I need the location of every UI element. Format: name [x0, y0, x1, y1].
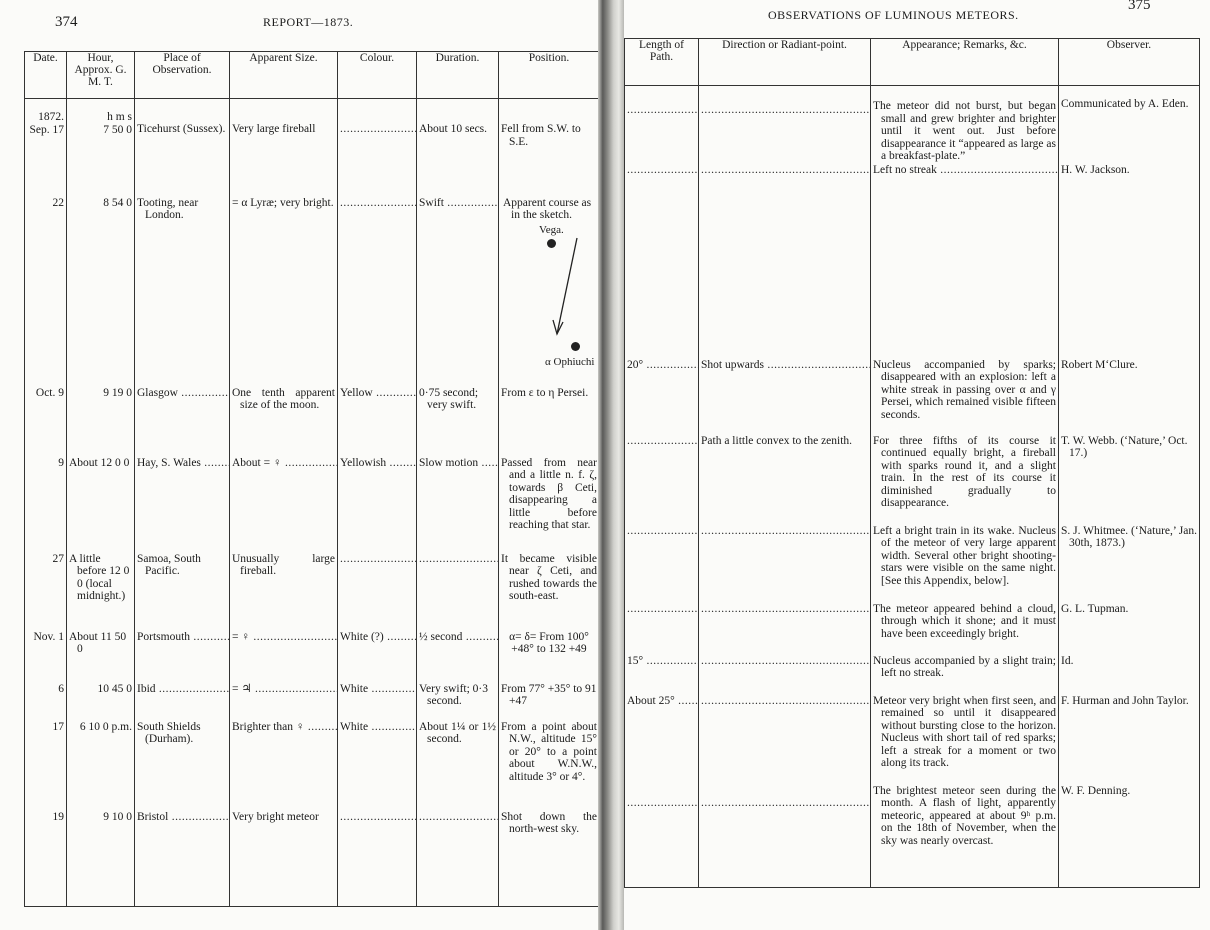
cell-date: 19 — [25, 811, 67, 907]
cell-place: Portsmouth — [135, 631, 230, 683]
cell-direction: Path a little convex to the zenith. — [699, 435, 871, 525]
meteor-table-left: Date. Hour, Approx. G. M. T. Place of Ob… — [24, 51, 600, 907]
cell-position: Passed from near and a little n. f. ζ, t… — [499, 457, 600, 553]
cell-size: = ♀ — [230, 631, 338, 683]
col-header-place: Place of Observation. — [135, 52, 230, 99]
cell-length — [625, 603, 699, 655]
page-number-right: 375 — [1128, 0, 1151, 14]
cell-length: 15° — [625, 655, 699, 695]
sketch-label-ophiuchi: α Ophiuchi — [545, 356, 594, 369]
cell-colour — [338, 553, 417, 631]
cell-duration: ½ second — [417, 631, 499, 683]
cell-duration: About 10 secs. — [417, 99, 499, 197]
cell-observer: S. J. Whitmee. (‘Nature,’ Jan. 30th, 187… — [1059, 525, 1200, 603]
table-row: Oct. 9 9 19 0 Glasgow One tenth apparent… — [25, 387, 600, 457]
cell-position: From ε to η Persei. — [499, 387, 600, 457]
cell-position: It became visible near ζ Ceti, and rushe… — [499, 553, 600, 631]
cell-colour — [338, 99, 417, 197]
col-header-colour: Colour. — [338, 52, 417, 99]
cell-direction — [699, 164, 871, 359]
cell-length — [625, 785, 699, 888]
cell-duration: About 1¼ or 1½ second. — [417, 721, 499, 811]
cell-hour: About 12 0 0 — [67, 457, 135, 553]
cell-observer: Communicated by A. Eden. — [1059, 86, 1200, 164]
cell-direction — [699, 655, 871, 695]
cell-date: 9 — [25, 457, 67, 553]
table-row: 27 A little before 12 0 0 (local midnigh… — [25, 553, 600, 631]
cell-size: One tenth apparent size of the moon. — [230, 387, 338, 457]
col-header-hour: Hour, Approx. G. M. T. — [67, 52, 135, 99]
cell-direction: Shot upwards — [699, 359, 871, 435]
table-row: The meteor appeared behind a cloud, thro… — [625, 603, 1200, 655]
cell-length: 20° — [625, 359, 699, 435]
table-row: 15° Nucleus accompanied by a slight trai… — [625, 655, 1200, 695]
meteor-path-arrow-icon — [549, 236, 583, 340]
table-row: Path a little convex to the zenith. For … — [625, 435, 1200, 525]
cell-observer: W. F. Denning. — [1059, 785, 1200, 888]
cell-size: = ♃ — [230, 683, 338, 721]
cell-remarks: Left a bright train in its wake. Nucleus… — [871, 525, 1059, 603]
cell-remarks: The meteor appeared behind a cloud, thro… — [871, 603, 1059, 655]
cell-hour: 10 45 0 — [67, 683, 135, 721]
page-number-left: 374 — [55, 14, 78, 31]
cell-observer: T. W. Webb. (‘Nature,’ Oct. 17.) — [1059, 435, 1200, 525]
cell-size: About = ♀ — [230, 457, 338, 553]
cell-hour: 9 19 0 — [67, 387, 135, 457]
cell-remarks: Nucleus accompanied by a slight train; l… — [871, 655, 1059, 695]
cell-position: Shot down the north-west sky. — [499, 811, 600, 907]
running-head-right: OBSERVATIONS OF LUMINOUS METEORS. — [768, 8, 1019, 23]
cell-position: Fell from S.W. to S.E. — [499, 99, 600, 197]
cell-position: Apparent course as in the sketch. Vega. … — [499, 197, 600, 387]
cell-remarks: The brightest meteor seen during the mon… — [871, 785, 1059, 888]
cell-date: 17 — [25, 721, 67, 811]
cell-hour: About 11 50 0 — [67, 631, 135, 683]
cell-place: Glasgow — [135, 387, 230, 457]
cell-colour: Yellowish — [338, 457, 417, 553]
cell-date: 1872. Sep. 17 — [25, 99, 67, 197]
cell-date: Oct. 9 — [25, 387, 67, 457]
table-row: 19 9 10 0 Bristol Very bright meteor Sho… — [25, 811, 600, 907]
cell-duration: 0·75 second; very swift. — [417, 387, 499, 457]
cell-colour — [338, 197, 417, 387]
cell-hour: 8 54 0 — [67, 197, 135, 387]
cell-place: Tooting, near London. — [135, 197, 230, 387]
col-header-size: Apparent Size. — [230, 52, 338, 99]
table-row: 20° Shot upwards Nucleus accompanied by … — [625, 359, 1200, 435]
running-head-left: REPORT—1873. — [263, 15, 353, 30]
table-row: 9 About 12 0 0 Hay, S. Wales About = ♀ Y… — [25, 457, 600, 553]
table-row: The meteor did not burst, but began smal… — [625, 86, 1200, 164]
col-header-duration: Duration. — [417, 52, 499, 99]
cell-length — [625, 525, 699, 603]
cell-size: Very bright meteor — [230, 811, 338, 907]
cell-colour: White — [338, 721, 417, 811]
cell-direction — [699, 695, 871, 785]
cell-length — [625, 435, 699, 525]
cell-length: About 25° — [625, 695, 699, 785]
cell-date: 6 — [25, 683, 67, 721]
cell-remarks: Nucleus accompanied by sparks; disappear… — [871, 359, 1059, 435]
cell-duration: Very swift; 0·3 second. — [417, 683, 499, 721]
cell-length — [625, 164, 699, 359]
cell-duration: Swift — [417, 197, 499, 387]
cell-duration: Slow motion — [417, 457, 499, 553]
table-row: Nov. 1 About 11 50 0 Portsmouth = ♀ Whit… — [25, 631, 600, 683]
book-gutter — [598, 0, 624, 930]
cell-remarks: Left no streak — [871, 164, 1059, 359]
cell-date: 27 — [25, 553, 67, 631]
table-row: 22 8 54 0 Tooting, near London. = α Lyræ… — [25, 197, 600, 387]
cell-colour: Yellow — [338, 387, 417, 457]
cell-colour: White (?) — [338, 631, 417, 683]
cell-date: Nov. 1 — [25, 631, 67, 683]
cell-observer: Id. — [1059, 655, 1200, 695]
cell-colour — [338, 811, 417, 907]
cell-direction — [699, 525, 871, 603]
meteor-path-sketch: Vega. α Ophiuchi — [501, 222, 597, 372]
col-header-date: Date. — [25, 52, 67, 99]
cell-position: α= δ= From 100° +48° to 132 +49 — [499, 631, 600, 683]
cell-position: From a point about N.W., altitude 15° or… — [499, 721, 600, 811]
cell-place: South Shields (Durham). — [135, 721, 230, 811]
cell-colour: White — [338, 683, 417, 721]
cell-duration — [417, 553, 499, 631]
table-row: 1872. Sep. 17 h m s7 50 0 Ticehurst (Sus… — [25, 99, 600, 197]
cell-observer: F. Hurman and John Taylor. — [1059, 695, 1200, 785]
cell-size: Brighter than ♀ — [230, 721, 338, 811]
col-header-direction: Direction or Radiant-point. — [699, 39, 871, 86]
cell-length — [625, 86, 699, 164]
table-row: Left a bright train in its wake. Nucleus… — [625, 525, 1200, 603]
table-row: Left no streak H. W. Jackson. — [625, 164, 1200, 359]
table-row: 6 10 45 0 Ibid = ♃ White Very swift; 0·3… — [25, 683, 600, 721]
cell-place: Ticehurst (Sussex). — [135, 99, 230, 197]
cell-place: Bristol — [135, 811, 230, 907]
col-header-remarks: Appearance; Remarks, &c. — [871, 39, 1059, 86]
cell-observer: G. L. Tupman. — [1059, 603, 1200, 655]
cell-hour: A little before 12 0 0 (local midnight.) — [67, 553, 135, 631]
cell-remarks: Meteor very bright when first seen, and … — [871, 695, 1059, 785]
cell-size: Very large fireball — [230, 99, 338, 197]
table-row: 17 6 10 0 p.m. South Shields (Durham). B… — [25, 721, 600, 811]
cell-direction — [699, 603, 871, 655]
cell-remarks: For three fifths of its course it contin… — [871, 435, 1059, 525]
cell-place: Ibid — [135, 683, 230, 721]
cell-observer: Robert M‘Clure. — [1059, 359, 1200, 435]
col-header-observer: Observer. — [1059, 39, 1200, 86]
time-units: h m s — [69, 111, 132, 124]
cell-hour: 6 10 0 p.m. — [67, 721, 135, 811]
col-header-length: Length of Path. — [625, 39, 699, 86]
sketch-label-vega: Vega. — [539, 224, 564, 237]
star-ophiuchi-icon — [571, 342, 580, 351]
cell-direction — [699, 86, 871, 164]
cell-position: From 77° +35° to 91 +47 — [499, 683, 600, 721]
cell-date: 22 — [25, 197, 67, 387]
table-row: The brightest meteor seen during the mon… — [625, 785, 1200, 888]
cell-hour: h m s7 50 0 — [67, 99, 135, 197]
table-row: About 25° Meteor very bright when first … — [625, 695, 1200, 785]
cell-direction — [699, 785, 871, 888]
cell-hour: 9 10 0 — [67, 811, 135, 907]
cell-size: Unusually large fireball. — [230, 553, 338, 631]
col-header-position: Position. — [499, 52, 600, 99]
meteor-table-right: Length of Path. Direction or Radiant-poi… — [624, 38, 1200, 888]
cell-remarks: The meteor did not burst, but began smal… — [871, 86, 1059, 164]
cell-duration — [417, 811, 499, 907]
cell-place: Hay, S. Wales — [135, 457, 230, 553]
cell-observer: H. W. Jackson. — [1059, 164, 1200, 359]
cell-place: Samoa, South Pacific. — [135, 553, 230, 631]
cell-size: = α Lyræ; very bright. — [230, 197, 338, 387]
